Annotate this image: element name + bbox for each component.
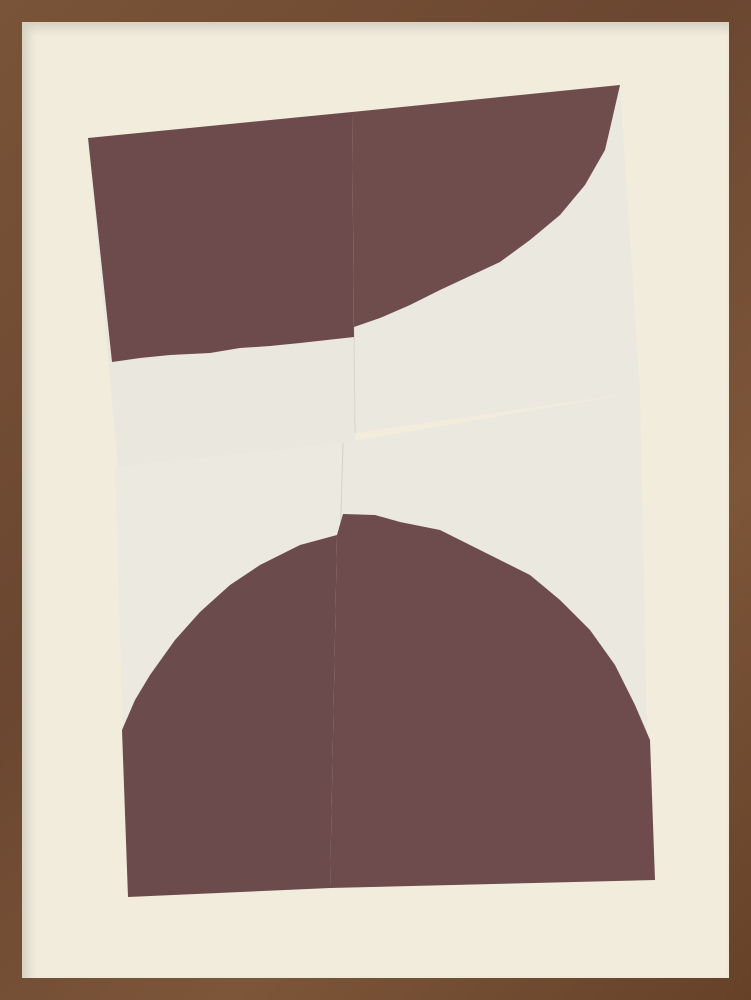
shape-top-left xyxy=(88,112,354,362)
artwork-collage xyxy=(0,0,751,1000)
